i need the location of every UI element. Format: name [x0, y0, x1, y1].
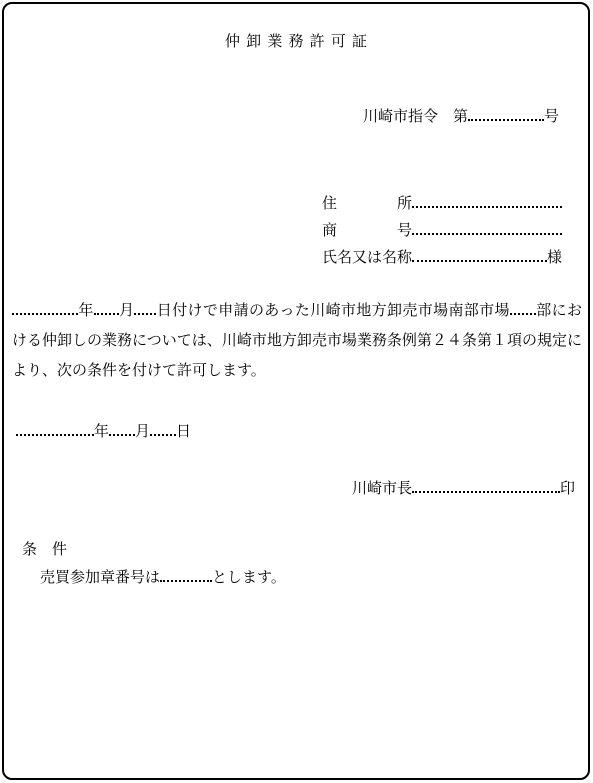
trade-name-label: 商 号	[322, 222, 412, 239]
applied-text: 日付けで申請のあった川崎市地方卸売市場南部市場	[156, 302, 509, 319]
directive-number-line: 川崎市指令 第号	[363, 105, 559, 126]
body-paragraph: 年月日付けで申請のあった川崎市地方卸売市場南部市場部における仲卸しの業務について…	[12, 296, 582, 386]
issue-month-label: 月	[135, 423, 150, 440]
issue-date-line: 年月日	[16, 420, 191, 441]
application-month-blank	[94, 299, 119, 315]
condition-item: 売買参加章番号はとします。	[40, 566, 286, 587]
application-day-blank	[134, 299, 156, 315]
honorific-label: 様	[547, 249, 562, 266]
issue-year-label: 年	[94, 423, 109, 440]
directive-suffix: 号	[544, 108, 559, 125]
seal-label: 印	[560, 480, 575, 497]
trade-name-blank	[412, 219, 562, 235]
document-title: 仲 卸 業 務 許 可 証	[0, 30, 593, 51]
participation-badge-number-blank	[160, 566, 212, 582]
condition-post-text: とします。	[212, 569, 286, 586]
condition-pre-text: 売買参加章番号は	[40, 569, 160, 586]
conditions-heading: 条 件	[22, 538, 67, 559]
application-year-label: 年	[78, 302, 94, 319]
recipient-block: 住 所 商 号 氏名又は名称様	[322, 190, 562, 271]
recipient-address-row: 住 所	[322, 190, 562, 217]
directive-number-blank	[468, 105, 544, 121]
mayor-signature-line: 川崎市長印	[352, 477, 575, 498]
issue-day-label: 日	[176, 423, 191, 440]
name-label: 氏名又は名称	[322, 249, 412, 266]
application-year-blank	[12, 299, 78, 315]
mayor-name-blank	[412, 477, 560, 493]
recipient-name-row: 氏名又は名称様	[322, 244, 562, 271]
issue-year-blank	[16, 420, 94, 436]
directive-label: 川崎市指令 第	[363, 108, 468, 125]
address-blank	[412, 192, 562, 208]
application-month-label: 月	[119, 302, 135, 319]
issue-month-blank	[109, 420, 135, 436]
permit-document-page: 仲 卸 業 務 許 可 証 川崎市指令 第号 住 所 商 号 氏名又は名称様 年…	[0, 0, 593, 783]
market-section-blank	[510, 299, 536, 315]
name-blank	[412, 246, 547, 262]
issue-day-blank	[150, 420, 176, 436]
recipient-trade-name-row: 商 号	[322, 217, 562, 244]
mayor-label: 川崎市長	[352, 480, 412, 497]
address-label: 住 所	[322, 195, 412, 212]
